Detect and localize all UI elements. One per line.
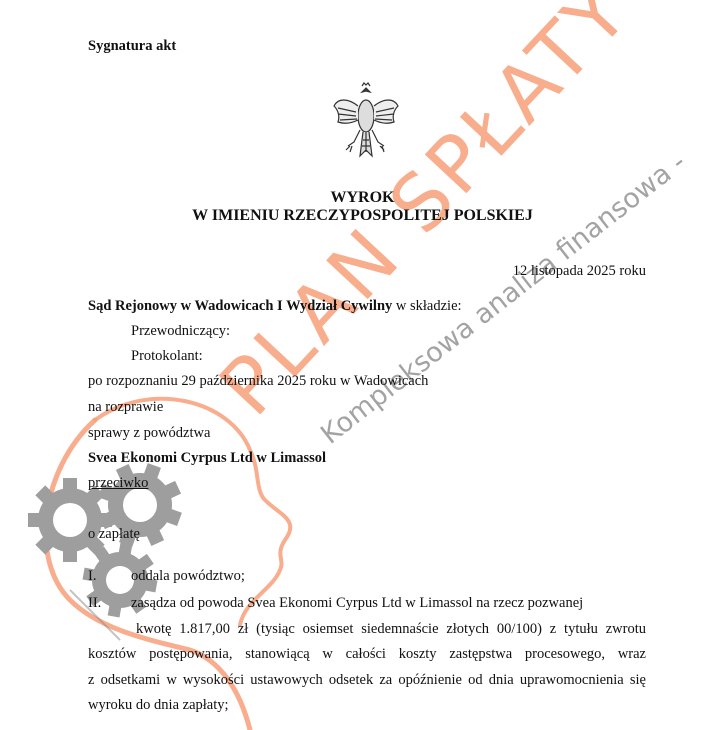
court-clerk-label: Protokolant: — [131, 347, 203, 365]
court-name: Sąd Rejonowy w Wadowicach I Wydział Cywi… — [88, 298, 392, 314]
judgment-title: WYROK — [0, 188, 703, 207]
case-subject: o zapłatę — [88, 525, 140, 543]
ruling-continuation-line: kwotę 1.817,00 zł (tysiąc osiemset siede… — [136, 620, 646, 638]
ruling-continuation-line: kosztów postępowania, stanowiącą w całoś… — [88, 645, 646, 663]
ruling-number: I. — [88, 567, 96, 585]
judgment-subtitle: W IMIENIU RZECZYPOSPOLITEJ POLSKIEJ — [0, 206, 703, 225]
case-signature-label: Sygnatura akt — [88, 37, 176, 55]
plaintiff-name: Svea Ekonomi Cyrpus Ltd w Limassol — [88, 449, 326, 467]
hearing-date-line: po rozpoznaniu 29 października 2025 roku… — [88, 372, 428, 390]
court-composition-suffix: w składzie: — [392, 298, 461, 314]
hearing-type: na rozprawie — [88, 398, 163, 416]
polish-eagle-emblem-icon — [330, 80, 402, 162]
ruling-text: oddala powództwo; — [131, 567, 245, 585]
court-composition: Sąd Rejonowy w Wadowicach I Wydział Cywi… — [88, 297, 462, 315]
court-judgment-document: Sygnatura akt WYROK W IMIENIU RZECZYPOSP… — [0, 0, 703, 730]
judgment-date: 12 listopada 2025 roku — [513, 262, 646, 280]
ruling-continuation-line: wyroku do dnia zapłaty; — [88, 696, 229, 714]
ruling-continuation-line: z odsetkami w wysokości ustawowych odset… — [88, 671, 646, 689]
presiding-judge-label: Przewodniczący: — [131, 322, 230, 340]
ruling-number: II. — [88, 594, 101, 612]
case-from-label: sprawy z powództwa — [88, 424, 210, 442]
ruling-text: zasądza od powoda Svea Ekonomi Cyrpus Lt… — [131, 594, 583, 612]
against-label: przeciwko — [88, 474, 148, 492]
